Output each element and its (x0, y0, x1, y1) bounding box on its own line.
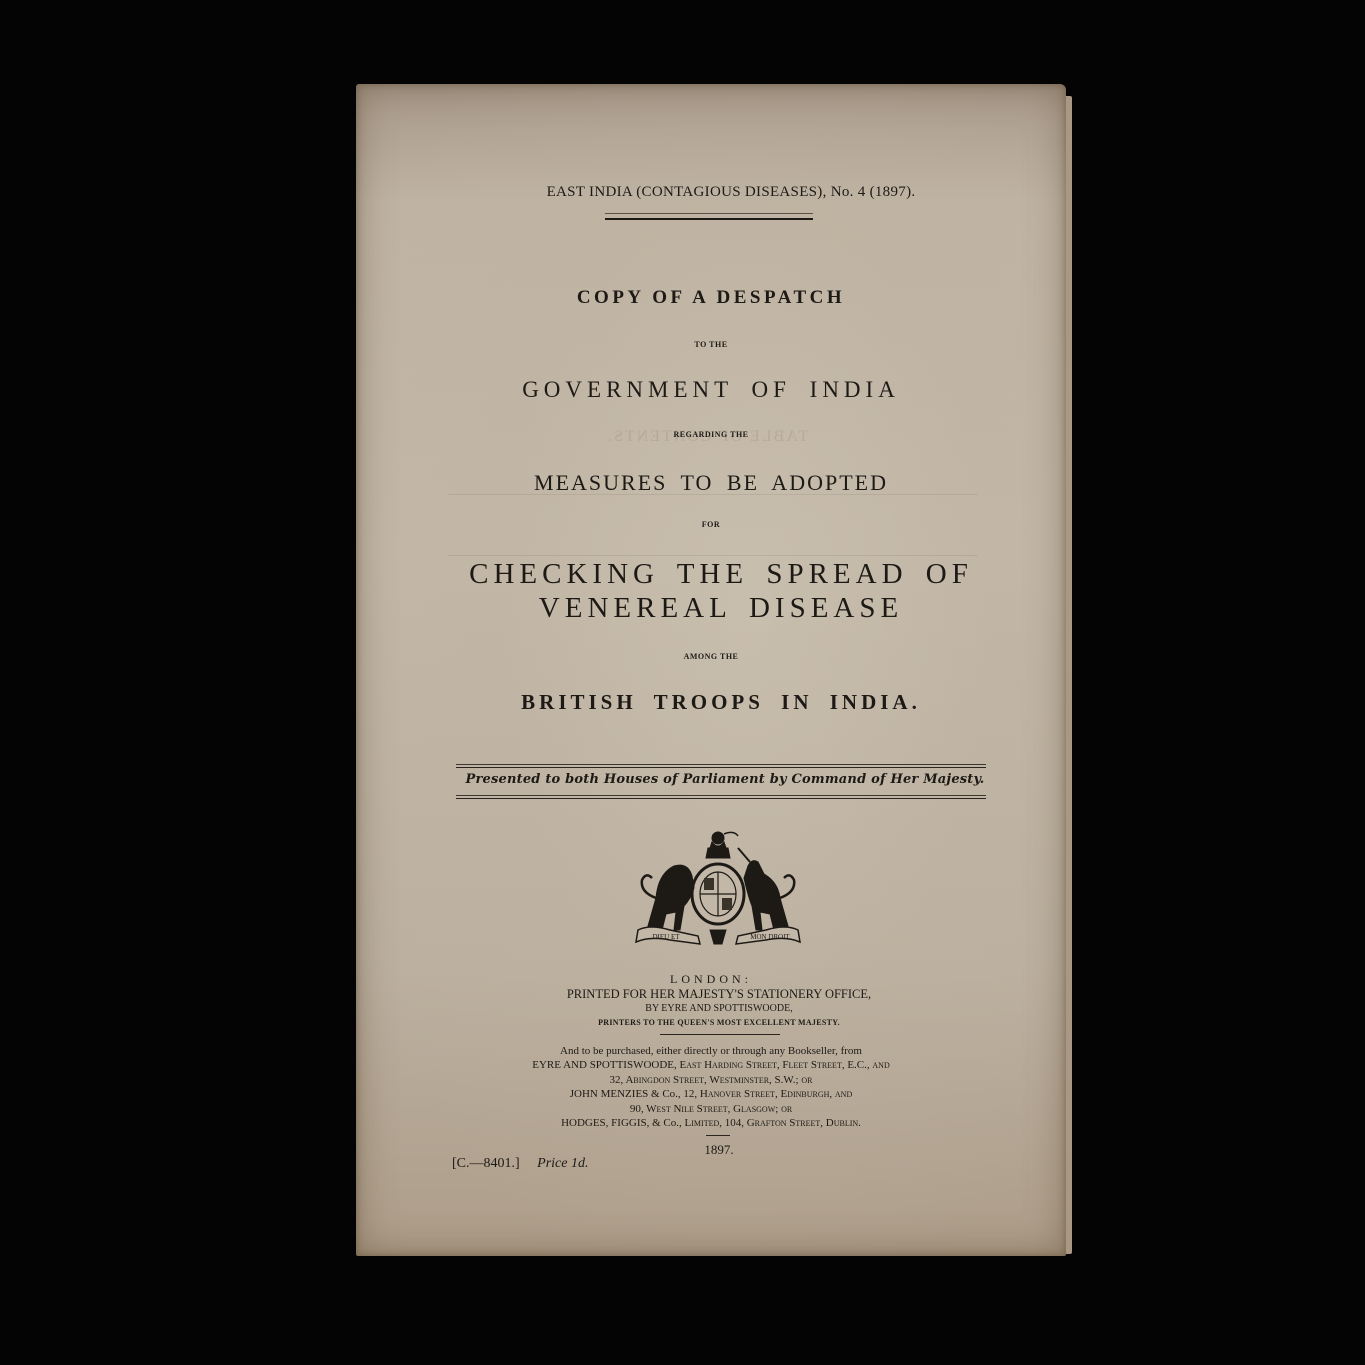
main-title-line-b: VENEREAL DISEASE (366, 591, 1076, 625)
year-rule (706, 1135, 730, 1136)
presented-line: Presented to both Houses of Parliament b… (356, 772, 1080, 787)
imprint-printed-by: BY EYRE AND SPOTTISWOODE, (356, 1003, 1074, 1014)
title-line-3: MEASURES TO BE ADOPTED (356, 470, 1066, 496)
imprint-printers-to: PRINTERS TO THE QUEEN'S MOST EXCELLENT M… (356, 1018, 1074, 1027)
photo-stage: TABLE OF CONTENTS. EAST INDIA (CONTAGIOU… (0, 0, 1365, 1365)
main-title: CHECKING THE SPREAD OF VENEREAL DISEASE (356, 557, 1076, 625)
seller-3-address: Limited, 104, Grafton Street, Dublin. (685, 1117, 861, 1129)
purchase-seller-2: JOHN MENZIES & Co., 12, Hanover Street, … (356, 1087, 1066, 1101)
double-rule (605, 213, 813, 220)
imprint-rule (660, 1034, 780, 1035)
seller-1-name: EYRE AND SPOTTISWOODE, (532, 1059, 677, 1071)
seller-2-address: 12, Hanover Street, Edinburgh, and (683, 1088, 852, 1100)
rule-bottom-outer (456, 798, 986, 799)
purchase-seller-1: EYRE AND SPOTTISWOODE, East Harding Stre… (356, 1058, 1066, 1072)
series-heading: EAST INDIA (CONTAGIOUS DISEASES), No. 4 … (356, 184, 1086, 201)
seller-3-name: HODGES, FIGGIS, & Co., (561, 1117, 682, 1129)
main-title-line-a: CHECKING THE SPREAD OF (366, 557, 1076, 591)
connector-to-the: TO THE (356, 340, 1066, 349)
document-page: TABLE OF CONTENTS. EAST INDIA (CONTAGIOU… (356, 84, 1066, 1256)
royal-coat-of-arms-icon: DIEU ET MON DROIT (630, 826, 806, 946)
price: Price 1d. (537, 1156, 588, 1171)
connector-among: AMONG THE (356, 652, 1066, 661)
motto-right: MON DROIT (750, 933, 790, 941)
seller-1-address: East Harding Street, Fleet Street, E.C.,… (680, 1059, 890, 1071)
command-paper-line: [C.—8401.] Price 1d. (452, 1156, 589, 1172)
seller-2-address-2: 90, West Nile Street, Glasgow; or (356, 1102, 1066, 1116)
purchase-intro: And to be purchased, either directly or … (356, 1044, 1066, 1058)
purchase-block: And to be purchased, either directly or … (356, 1044, 1066, 1130)
connector-regarding: REGARDING THE (356, 430, 1066, 439)
purchase-seller-3: HODGES, FIGGIS, & Co., Limited, 104, Gra… (356, 1116, 1066, 1130)
imprint-printed-for: PRINTED FOR HER MAJESTY'S STATIONERY OFF… (356, 987, 1074, 1002)
seller-1-address-2: 32, Abingdon Street, Westminster, S.W.; … (356, 1073, 1066, 1087)
rule-top-outer (456, 764, 986, 765)
seller-2-name: JOHN MENZIES & Co., (570, 1088, 681, 1100)
imprint-city: LONDON: (356, 972, 1066, 987)
rule-bottom-inner (456, 795, 986, 796)
command-number: [C.—8401.] (452, 1156, 520, 1171)
rule-top-inner (456, 767, 986, 768)
title-line-5: BRITISH TROOPS IN INDIA. (356, 690, 1076, 715)
title-line-2: GOVERNMENT OF INDIA (356, 377, 1066, 403)
connector-for: FOR (356, 520, 1066, 529)
title-line-1: COPY OF A DESPATCH (356, 287, 1066, 309)
motto-left: DIEU ET (652, 933, 680, 941)
